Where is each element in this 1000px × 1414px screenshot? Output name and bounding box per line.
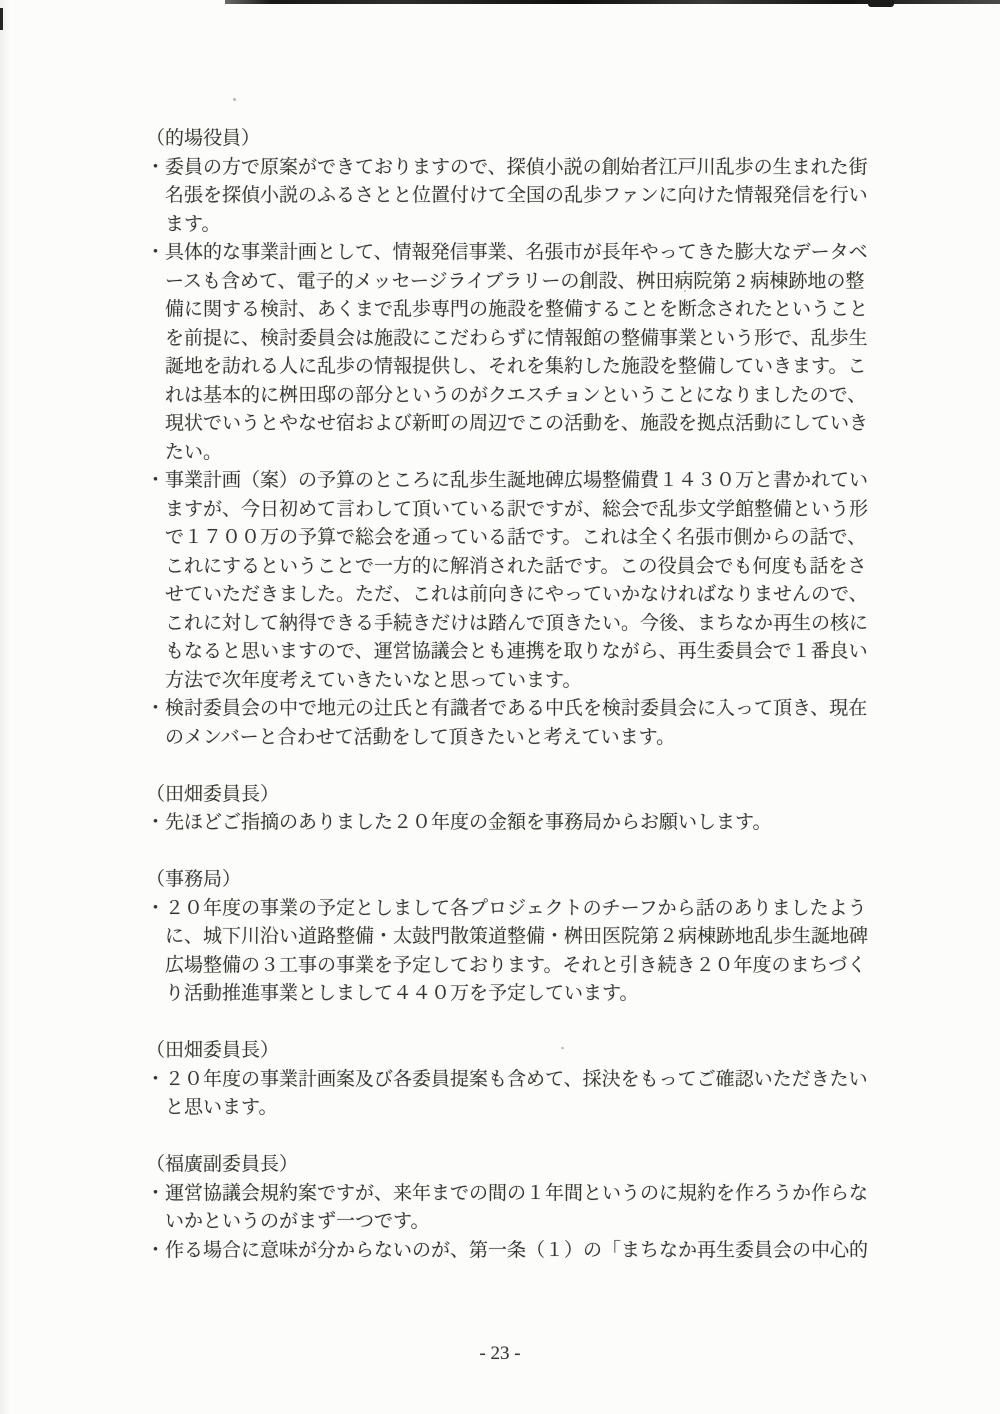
text-line: 方法で次年度考えていきたいなと思っています。 bbox=[165, 667, 906, 696]
text-line: ・事業計画（案）の予算のところに乱歩生誕地碑広場整備費１４３０万と書かれてい bbox=[146, 467, 906, 496]
text-line: 備に関する検討、あくまで乱歩専門の施設を整備することを断念されたということ bbox=[165, 296, 906, 325]
text-line: ・２０年度の事業の予定としまして各プロジェクトのチーフから話のありましたよう bbox=[146, 895, 906, 924]
speaker-section: （福廣副委員長） ・運営協議会規約案ですが、来年までの間の１年間というのに規約を… bbox=[146, 1151, 906, 1265]
text-line: と思います。 bbox=[165, 1094, 906, 1123]
speaker-section: （田畑委員長） ・先ほどご指摘のありました２０年度の金額を事務局からお願いします… bbox=[146, 781, 906, 838]
text-line: ますが、今日初めて言わして頂いている訳ですが、総会で乱歩文学館整備という形 bbox=[165, 496, 906, 525]
bullet-paragraph: ・先ほどご指摘のありました２０年度の金額を事務局からお願いします。 bbox=[146, 809, 906, 838]
text-line: ・先ほどご指摘のありました２０年度の金額を事務局からお願いします。 bbox=[146, 809, 906, 838]
speaker-header: （事務局） bbox=[146, 866, 906, 895]
bullet-paragraph: ・２０年度の事業の予定としまして各プロジェクトのチーフから話のありましたよう に… bbox=[146, 895, 906, 1009]
speaker-header: （福廣副委員長） bbox=[146, 1151, 906, 1180]
text-line: ます。 bbox=[165, 211, 906, 240]
paper-edge-shading bbox=[0, 0, 10, 1414]
text-line: もなると思いますので、運営協議会とも連携を取りながら、再生委員会で１番良い bbox=[165, 638, 906, 667]
minutes-text-body: （的場役員） ・委員の方で原案ができておりますので、探偵小説の創始者江戸川乱歩の… bbox=[146, 125, 906, 1265]
text-line: ・委員の方で原案ができておりますので、探偵小説の創始者江戸川乱歩の生まれた街 bbox=[146, 154, 906, 183]
text-line: せていただきました。ただ、これは前向きにやっていかなければなりませんので、 bbox=[165, 581, 906, 610]
text-line: で１７００万の予算で総会を通っている話です。これは全く名張市側からの話で、 bbox=[165, 524, 906, 553]
text-line: ースも含めて、電子的メッセージライブラリーの創設、桝田病院第 2 病棟跡地の整 bbox=[165, 268, 906, 297]
text-line: ・運営協議会規約案ですが、来年までの間の１年間というのに規約を作ろうか作らな bbox=[146, 1180, 906, 1209]
text-line: れは基本的に桝田邸の部分というのがクエスチョンということになりましたので、 bbox=[165, 382, 906, 411]
text-line: いかというのがまず一つです。 bbox=[165, 1208, 906, 1237]
speaker-section: （的場役員） ・委員の方で原案ができておりますので、探偵小説の創始者江戸川乱歩の… bbox=[146, 125, 906, 752]
text-line: り活動推進事業としまして４４０万を予定しています。 bbox=[165, 980, 906, 1009]
text-line: 名張を探偵小説のふるさとと位置付けて全国の乱歩ファンに向けた情報発信を行い bbox=[165, 182, 906, 211]
text-line: に、城下川沿い道路整備・太鼓門散策道整備・桝田医院第２病棟跡地乱歩生誕地碑 bbox=[165, 923, 906, 952]
text-line: ・作る場合に意味が分からないのが、第一条（１）の「まちなか再生委員会の中心的 bbox=[146, 1237, 906, 1266]
speaker-header: （田畑委員長） bbox=[146, 1037, 906, 1066]
bullet-paragraph: ・２０年度の事業計画案及び各委員提案も含めて、採決をもってご確認いただきたい と… bbox=[146, 1066, 906, 1123]
bullet-paragraph: ・事業計画（案）の予算のところに乱歩生誕地碑広場整備費１４３０万と書かれてい ま… bbox=[146, 467, 906, 695]
speaker-section: （事務局） ・２０年度の事業の予定としまして各プロジェクトのチーフから話のありま… bbox=[146, 866, 906, 1009]
bullet-paragraph: ・運営協議会規約案ですが、来年までの間の１年間というのに規約を作ろうか作らな い… bbox=[146, 1180, 906, 1237]
text-line: 広場整備の３工事の事業を予定しております。それと引き続き２０年度のまちづく bbox=[165, 952, 906, 981]
bullet-paragraph: ・具体的な事業計画として、情報発信事業、名張市が長年やってきた膨大なデータベ ー… bbox=[146, 239, 906, 467]
scan-speck bbox=[233, 98, 236, 101]
text-line: たい。 bbox=[165, 439, 906, 468]
speaker-section: （田畑委員長） ・２０年度の事業計画案及び各委員提案も含めて、採決をもってご確認… bbox=[146, 1037, 906, 1123]
speaker-header: （田畑委員長） bbox=[146, 781, 906, 810]
bullet-paragraph: ・検討委員会の中で地元の辻氏と有識者である中氏を検討委員会に入って頂き、現在 の… bbox=[146, 695, 906, 752]
text-line: ・２０年度の事業計画案及び各委員提案も含めて、採決をもってご確認いただきたい bbox=[146, 1066, 906, 1095]
text-line: ・具体的な事業計画として、情報発信事業、名張市が長年やってきた膨大なデータベ bbox=[146, 239, 906, 268]
text-line: を前提に、検討委員会は施設にこだわらずに情報館の整備事業という形で、乱歩生 bbox=[165, 325, 906, 354]
text-line: これに対して納得できる手続きだけは踏んで頂きたい。今後、まちなか再生の核に bbox=[165, 610, 906, 639]
text-line: これにするということで一方的に解消された話です。この役員会でも何度も話をさ bbox=[165, 553, 906, 582]
text-line: ・検討委員会の中で地元の辻氏と有識者である中氏を検討委員会に入って頂き、現在 bbox=[146, 695, 906, 724]
text-line: のメンバーと合わせて活動をして頂きたいと考えています。 bbox=[165, 724, 906, 753]
text-line: 誕地を訪れる人に乱歩の情報提供し、それを集約した施設を整備していきます。こ bbox=[165, 353, 906, 382]
text-line: 現状でいうとやなせ宿および新町の周辺でこの活動を、施設を拠点活動にしていき bbox=[165, 410, 906, 439]
bullet-paragraph: ・委員の方で原案ができておりますので、探偵小説の創始者江戸川乱歩の生まれた街 名… bbox=[146, 154, 906, 240]
speaker-header: （的場役員） bbox=[146, 125, 906, 154]
scan-artifact-left-tick bbox=[0, 8, 3, 30]
scan-artifact-top-blob bbox=[868, 0, 894, 7]
bullet-paragraph: ・作る場合に意味が分からないのが、第一条（１）の「まちなか再生委員会の中心的 bbox=[146, 1237, 906, 1266]
page-number: - 23 - bbox=[0, 1340, 1000, 1368]
